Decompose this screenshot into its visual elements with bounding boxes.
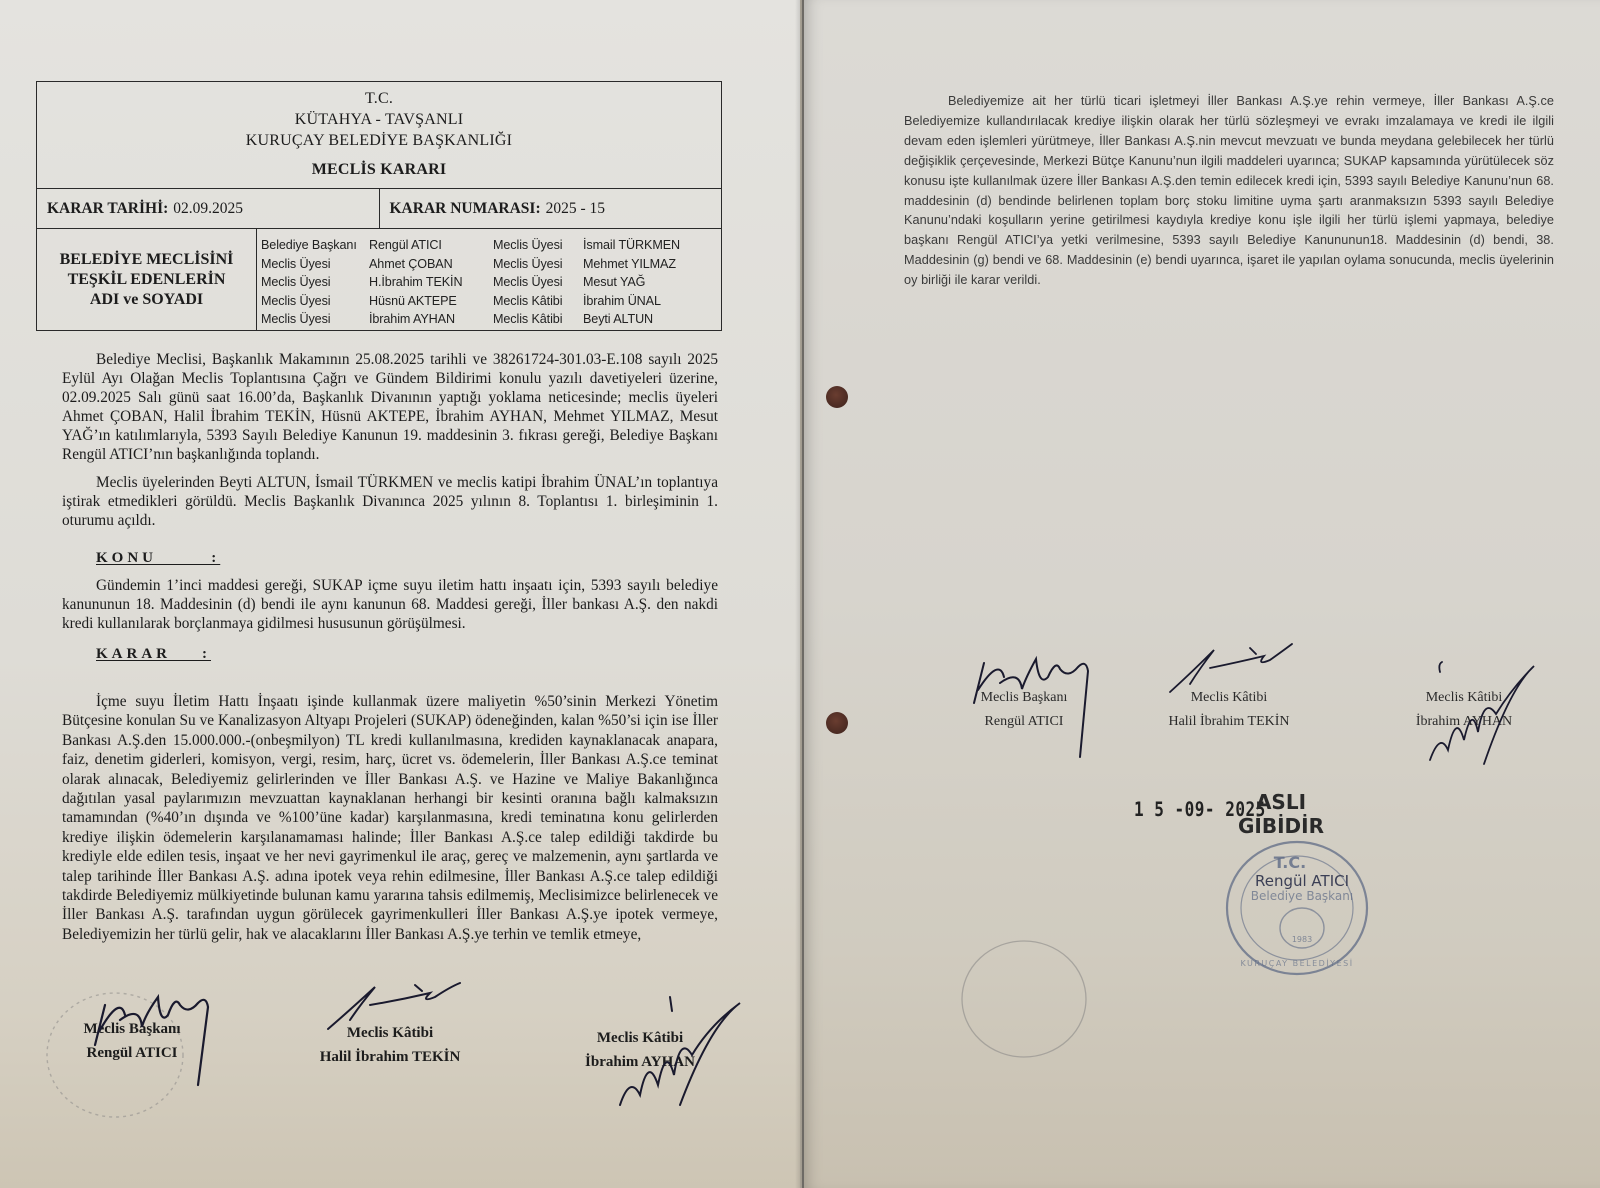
decision-number: KARAR NUMARASI: 2025 - 15 (379, 189, 722, 228)
member-name: Hüsnü AKTEPE (369, 293, 493, 312)
konu-text-block: Gündemin 1’inci maddesi gereği, SUKAP iç… (62, 576, 718, 640)
members-label-line: TEŞKİL EDENLERİN (68, 270, 226, 290)
intro-paragraph-2: Meclis üyelerinden Beyti ALTUN, İsmail T… (62, 473, 718, 530)
signer-name: Halil İbrahim TEKİN (1144, 710, 1314, 734)
member-role: Meclis Üyesi (261, 274, 369, 293)
member-role: Meclis Kâtibi (493, 311, 583, 330)
members-list: Belediye BaşkanıRengül ATICIMeclis Üyesi… (257, 229, 721, 330)
member-role: Meclis Üyesi (261, 293, 369, 312)
signer-title: Meclis Kâtibi (1144, 686, 1314, 710)
intro-paragraph-1: Belediye Meclisi, Başkanlık Makamının 25… (62, 350, 718, 464)
decision-date-label: KARAR TARİHİ: (47, 200, 168, 218)
member-name: İbrahim AYHAN (369, 311, 493, 330)
header-municipality: KURUÇAY BELEDİYE BAŞKANLIĞI (37, 130, 721, 151)
header-tc: T.C. (37, 88, 721, 109)
header-province: KÜTAHYA - TAVŞANLI (37, 109, 721, 130)
signature-clerk-1: Meclis Kâtibi Halil İbrahim TEKİN (300, 1021, 480, 1069)
certified-line-1: ASLI (1238, 790, 1324, 814)
signer-title: Meclis Kâtibi (570, 1026, 710, 1050)
karar-text-block: İçme suyu İletim Hattı İnşaatı işinde ku… (62, 692, 718, 951)
karar-text: İçme suyu İletim Hattı İnşaatı işinde ku… (62, 692, 718, 944)
member-name: Mehmet YILMAZ (583, 256, 721, 275)
punch-hole-icon (826, 386, 848, 408)
konu-text: Gündemin 1’inci maddesi gereği, SUKAP iç… (62, 576, 718, 633)
page-left: T.C. KÜTAHYA - TAVŞANLI KURUÇAY BELEDİYE… (0, 0, 800, 1188)
signer-name: Rengül ATICI (72, 1041, 192, 1065)
decision-date: KARAR TARİHİ: 02.09.2025 (37, 189, 379, 228)
signer-name: İbrahim AYHAN (1394, 710, 1534, 734)
members-label: BELEDİYE MECLİSİNİ TEŞKİL EDENLERİN ADI … (37, 229, 257, 330)
member-role: Meclis Üyesi (493, 274, 583, 293)
members-row: BELEDİYE MECLİSİNİ TEŞKİL EDENLERİN ADI … (37, 229, 721, 330)
member-name: Beyti ALTUN (583, 311, 721, 330)
signer-title: Meclis Başkanı (72, 1017, 192, 1041)
signer-name: Halil İbrahim TEKİN (300, 1045, 480, 1069)
member-name: Rengül ATICI (369, 237, 493, 256)
konu-heading: KONU : (96, 550, 220, 567)
decision-number-label: KARAR NUMARASI: (390, 200, 541, 218)
members-label-line: BELEDİYE MECLİSİNİ (60, 250, 234, 270)
decision-date-value: 02.09.2025 (173, 200, 243, 218)
signer-title: Meclis Başkanı (964, 686, 1084, 710)
member-role: Meclis Üyesi (493, 237, 583, 256)
document-type: MECLİS KARARI (37, 159, 721, 180)
signer-name: İbrahim AYHAN (570, 1050, 710, 1074)
member-role: Belediye Başkanı (261, 237, 369, 256)
punch-hole-icon (826, 712, 848, 734)
intro-text: Belediye Meclisi, Başkanlık Makamının 25… (62, 350, 718, 537)
signer-title: Meclis Kâtibi (300, 1021, 480, 1045)
signature-clerk-2: Meclis Kâtibi İbrahim AYHAN (570, 1026, 710, 1074)
continuation-paragraph: Belediyemize ait her türlü ticari işletm… (904, 92, 1554, 291)
signer-name: Rengül ATICI (964, 710, 1084, 734)
signature-chair: Meclis Başkanı Rengül ATICI (72, 1017, 192, 1065)
right-signature-clerk-1: Meclis Kâtibi Halil İbrahim TEKİN (1144, 686, 1314, 734)
seal-top: T.C. (1274, 853, 1306, 872)
member-name: Ahmet ÇOBAN (369, 256, 493, 275)
faint-seal-icon (954, 935, 1094, 1065)
decision-meta-row: KARAR TARİHİ: 02.09.2025 KARAR NUMARASI:… (37, 189, 721, 229)
seal-year: 1983 (1292, 935, 1312, 944)
seal-name: Rengül ATICI (1255, 872, 1349, 890)
member-name: Mesut YAĞ (583, 274, 721, 293)
seal-ring: KURUÇAY BELEDİYESİ (1240, 958, 1353, 968)
member-role: Meclis Kâtibi (493, 293, 583, 312)
right-signature-clerk-2: Meclis Kâtibi İbrahim AYHAN (1394, 686, 1534, 734)
header-title-block: T.C. KÜTAHYA - TAVŞANLI KURUÇAY BELEDİYE… (37, 82, 721, 189)
member-role: Meclis Üyesi (261, 311, 369, 330)
member-role: Meclis Üyesi (261, 256, 369, 275)
member-name: H.İbrahim TEKİN (369, 274, 493, 293)
certified-line-2: GİBİDİR (1238, 814, 1324, 838)
member-name: İsmail TÜRKMEN (583, 237, 721, 256)
signer-title: Meclis Kâtibi (1394, 686, 1534, 710)
page-right: Belediyemize ait her türlü ticari işletm… (802, 0, 1600, 1188)
karar-heading: KARAR : (96, 646, 211, 663)
right-signature-chair: Meclis Başkanı Rengül ATICI (964, 686, 1084, 734)
members-label-line: ADI ve SOYADI (90, 290, 203, 310)
decision-header-table: T.C. KÜTAHYA - TAVŞANLI KURUÇAY BELEDİYE… (36, 81, 722, 331)
seal-role: Belediye Başkanı (1251, 889, 1353, 903)
member-name: İbrahim ÜNAL (583, 293, 721, 312)
official-seal-icon: T.C. Rengül ATICI Belediye Başkanı 1983 … (1222, 838, 1372, 978)
decision-number-value: 2025 - 15 (546, 200, 605, 218)
continuation-text: Belediyemize ait her türlü ticari işletm… (904, 92, 1554, 298)
certified-copy-stamp: ASLI GİBİDİR (1238, 790, 1324, 838)
member-role: Meclis Üyesi (493, 256, 583, 275)
